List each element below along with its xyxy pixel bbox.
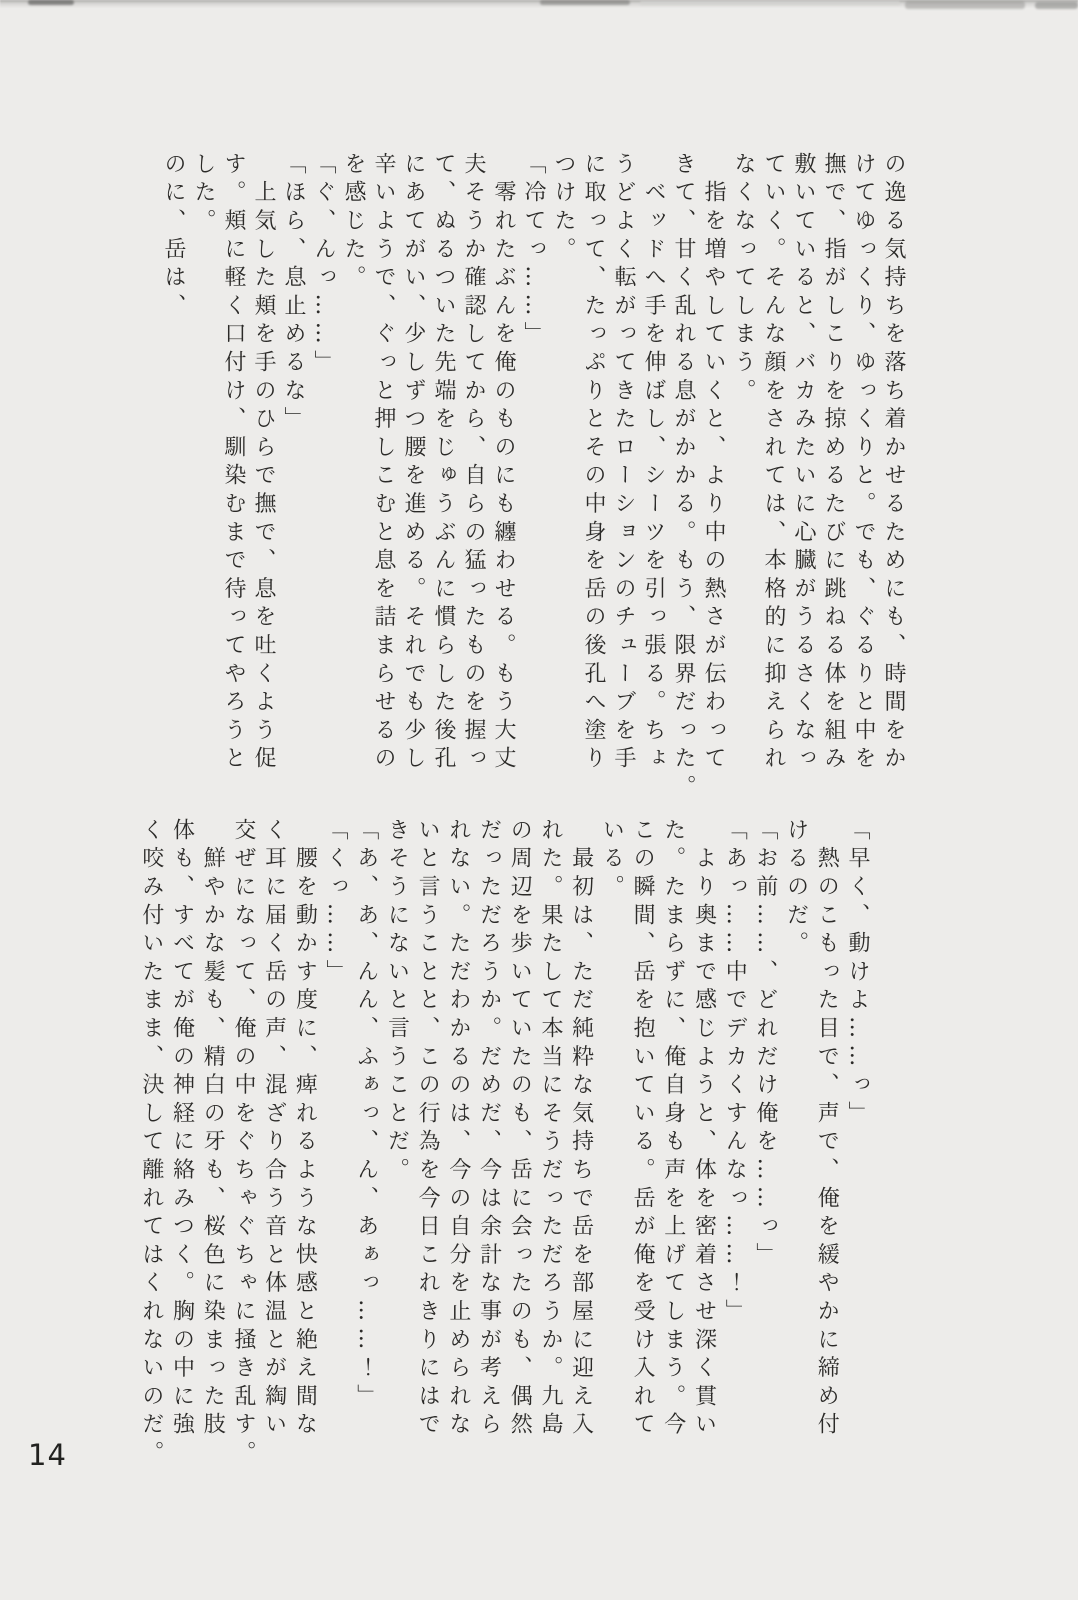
text-line: した。 — [188, 152, 218, 778]
scan-artifact-patch — [540, 0, 630, 5]
text-line: に取って、たっぷりとその中身を岳の後孔へ塗り — [578, 152, 608, 778]
scanned-book-page: の逸る気持ちを落ち着かせるためにも、時間をかけてゆっくり、ゆっくりと。でも、ぐる… — [0, 0, 1078, 1600]
text-line: 指を増やしていくと、より中の熱さが伝わって — [698, 152, 728, 778]
text-line: ていく。そんな顔をされては、本格的に抑えられ — [758, 152, 788, 778]
text-line: うどよく転がってきたローションのチューブを手 — [608, 152, 638, 778]
bottom-text-block: 「早く、動けよ……っ」 熱のこもった目で、声で、俺を緩やかに締め付けるのだ。「お… — [134, 818, 872, 1452]
text-line: 鮮やかな髪も、精白の牙も、桜色に染まった肢 — [197, 818, 228, 1452]
text-line: 辛いようで、ぐっと押しこむと息を詰まらせるの — [368, 152, 398, 778]
text-line: 「お前……、どれだけ俺を……っ」 — [749, 818, 780, 1452]
text-line: れない。ただわかるのは、今の自分を止められな — [442, 818, 473, 1452]
text-line: けるのだ。 — [780, 818, 811, 1452]
text-line: て、ぬるついた先端をじゅうぶんに慣らした後孔 — [428, 152, 458, 778]
top-text-block: の逸る気持ちを落ち着かせるためにも、時間をかけてゆっくり、ゆっくりと。でも、ぐる… — [158, 152, 908, 778]
text-line: つけた。 — [548, 152, 578, 778]
text-line: 「あっ……中でデカくすんなっ……！」 — [718, 818, 749, 1452]
text-line: きそうにないと言うことだ。 — [381, 818, 412, 1452]
text-line: この瞬間、岳を抱いている。岳が俺を受け入れて — [626, 818, 657, 1452]
text-line: く耳に届く岳の声、混ざり合う音と体温とが綯い — [258, 818, 289, 1452]
text-line: なくなってしまう。 — [728, 152, 758, 778]
scan-artifact-patch — [1035, 2, 1078, 9]
scan-artifact-patch — [28, 0, 74, 5]
text-line: いと言うことと、この行為を今日これきりにはで — [411, 818, 442, 1452]
text-line: れた。果たして本当にそうだっただろうか。九島 — [534, 818, 565, 1452]
text-line: 「あ、あ、んん、ふぁっ、ん、あぁっ……！」 — [350, 818, 381, 1452]
scan-artifact-patch — [640, 1, 900, 5]
text-line: 熱のこもった目で、声で、俺を緩やかに締め付 — [811, 818, 842, 1452]
text-line: 「早く、動けよ……っ」 — [841, 818, 872, 1452]
text-line: けてゆっくり、ゆっくりと。でも、ぐるりと中を — [848, 152, 878, 778]
text-line: だっただろうか。だめだ、今は余計な事が考えら — [473, 818, 504, 1452]
text-line: く咬み付いたまま、決して離れてはくれないのだ。 — [135, 818, 166, 1452]
text-line: きて、甘く乱れる息がかかる。もう、限界だった。 — [668, 152, 698, 778]
text-line: の周辺を歩いていたのも、岳に会ったのも、偶然 — [504, 818, 535, 1452]
text-line: の逸る気持ちを落ち着かせるためにも、時間をか — [878, 152, 908, 778]
text-line: いる。 — [596, 818, 627, 1452]
text-line: 夫そうか確認してから、自らの猛ったものを握っ — [458, 152, 488, 778]
text-line: 上気した頬を手のひらで撫で、息を吐くよう促 — [248, 152, 278, 778]
text-line: ベッドへ手を伸ばし、シーツを引っ張る。ちょ — [638, 152, 668, 778]
text-line: 最初は、ただ純粋な気持ちで岳を部屋に迎え入 — [565, 818, 596, 1452]
text-line: 交ぜになって、俺の中をぐちゃぐちゃに掻き乱す。 — [227, 818, 258, 1452]
text-line: す。頬に軽く口付け、馴染むまで待ってやろうと — [218, 152, 248, 778]
text-line: を感じた。 — [338, 152, 368, 778]
page-number: 14 — [28, 1438, 67, 1472]
text-line: 零れたぶんを俺のものにも纏わせる。もう大丈 — [488, 152, 518, 778]
text-line: 体も、すべてが俺の神経に絡みつく。胸の中に強 — [166, 818, 197, 1452]
text-line: にあてがい、少しずつ腰を進める。それでも少し — [398, 152, 428, 778]
text-line: 「冷てっ……」 — [518, 152, 548, 778]
scan-artifact-patch — [905, 1, 1025, 9]
text-line: のに、岳は、 — [158, 152, 188, 778]
text-line: た。たまらずに、俺自身も声を上げてしまう。今 — [657, 818, 688, 1452]
text-line: 腰を動かす度に、痺れるような快感と絶え間な — [289, 818, 320, 1452]
text-line: 「くっ……」 — [319, 818, 350, 1452]
text-line: 撫で、指がしこりを掠めるたびに跳ねる体を組み — [818, 152, 848, 778]
text-line: 「ほら、息止めるな」 — [278, 152, 308, 778]
text-line: 「ぐ、んっ……」 — [308, 152, 338, 778]
text-line: 敷いていると、バカみたいに心臓がうるさくなっ — [788, 152, 818, 778]
text-line: より奥まで感じようと、体を密着させ深く貫い — [688, 818, 719, 1452]
